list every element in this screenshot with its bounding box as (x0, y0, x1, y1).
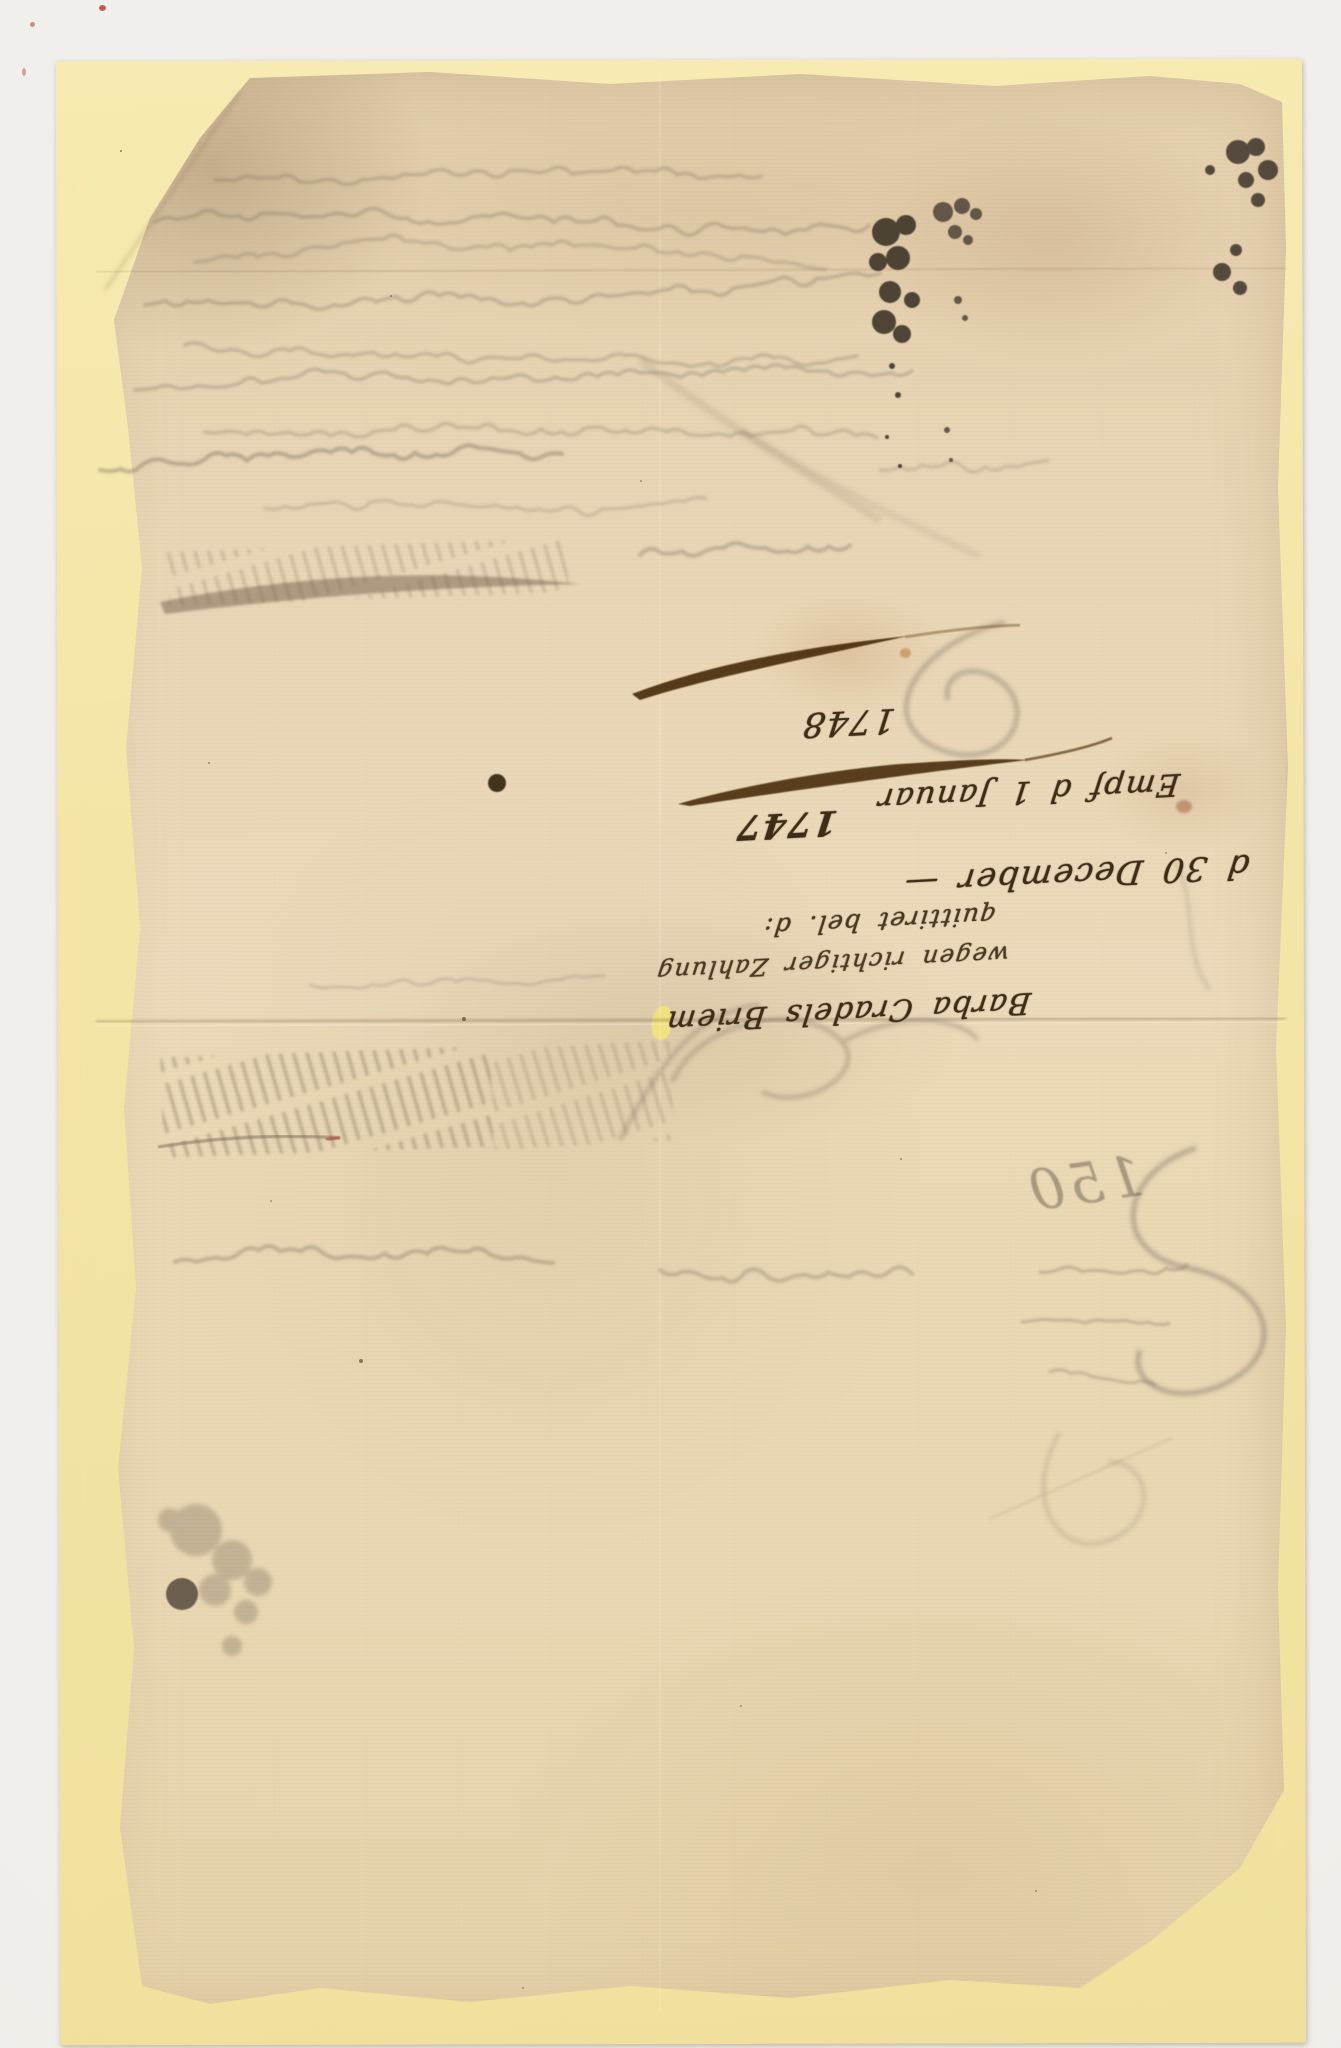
red-speck (99, 5, 106, 11)
dust-specks (120, 150, 122, 152)
red-speck (22, 68, 26, 76)
red-speck (30, 22, 35, 27)
docket-block: Barba Cradels Briem wegen richtiger Zahl… (500, 682, 1252, 1020)
orange-spot (900, 648, 911, 658)
docket-line-7: 1748 (490, 682, 900, 761)
paper-texture (90, 68, 1292, 2020)
manuscript-paper (90, 68, 1292, 2020)
